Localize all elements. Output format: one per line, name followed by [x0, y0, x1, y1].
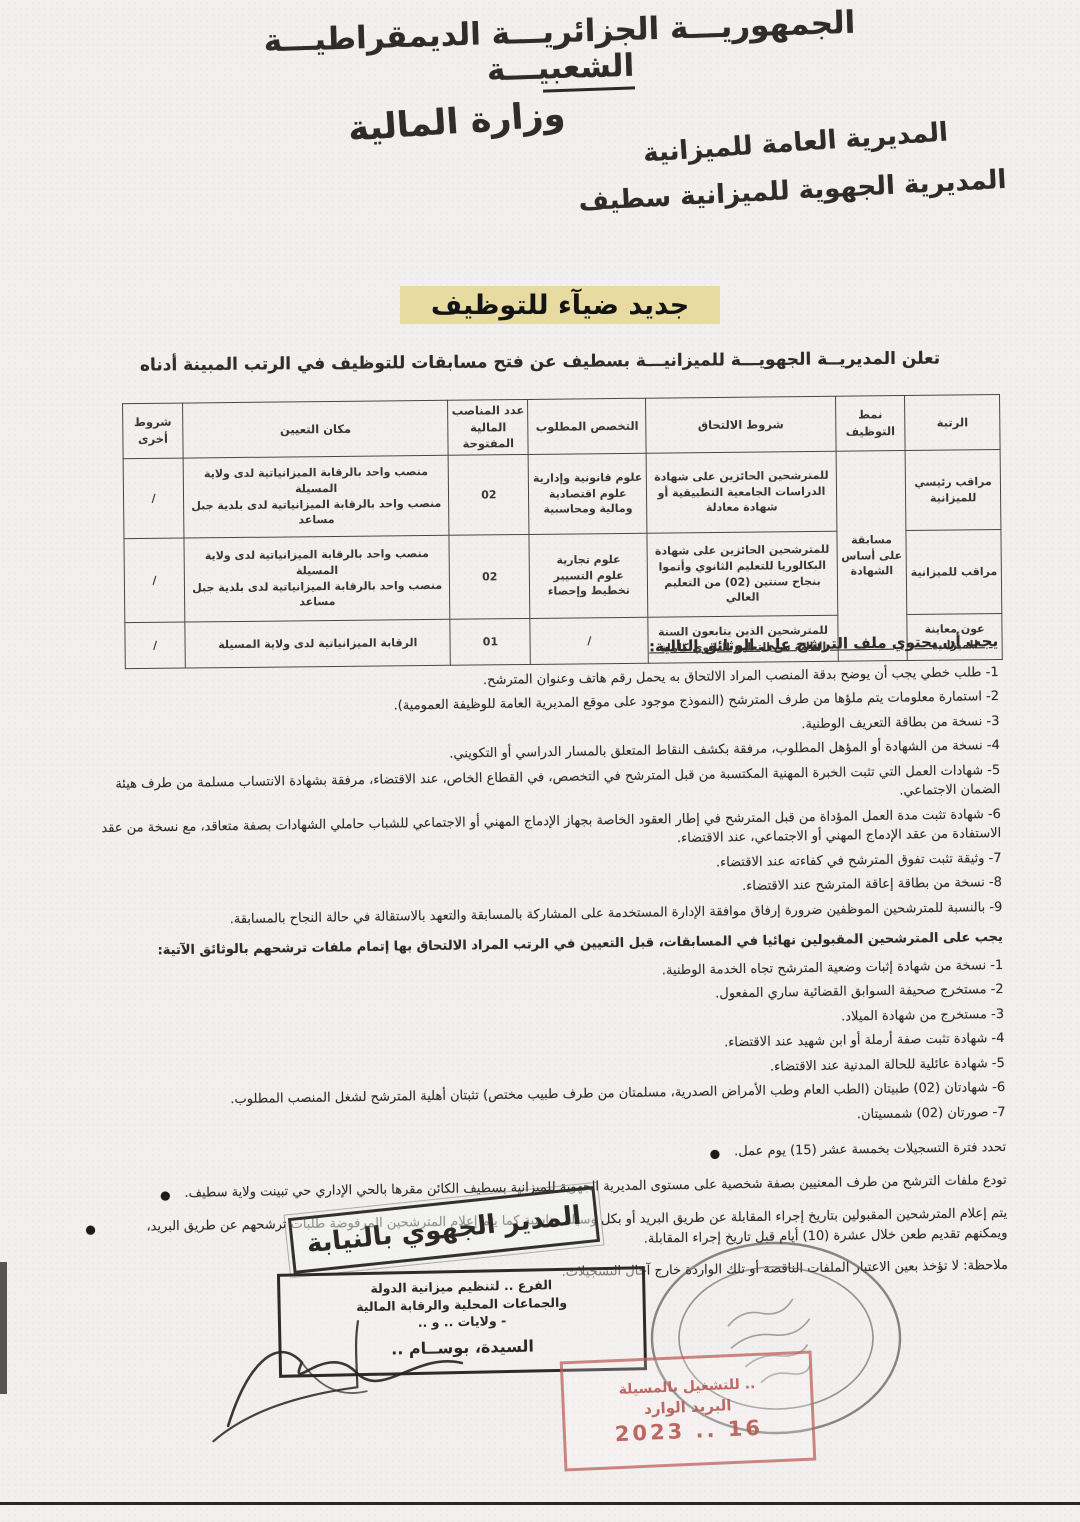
specialty-line: علوم تجارية: [533, 551, 644, 568]
scan-artifact: [0, 1262, 7, 1394]
specialty-line: علوم اقتصادية ومالية ومحاسبية: [532, 485, 643, 518]
table-header-row: الرتبة نمط التوظيف شروط الالتحاق التخصص …: [123, 395, 1001, 459]
location-line: منصب واحد بالرقابة الميزانياتية لدى بلدي…: [187, 495, 446, 530]
directorate-regional-title: المديرية الجهوية للميزانية سطيف: [575, 165, 1011, 218]
signatory-name: السيدة، بوســام ..: [289, 1333, 635, 1363]
title-underline: [543, 86, 635, 92]
republic-title: الجمهوريـــة الجزائريـــة الديمقراطيـــة…: [224, 3, 896, 96]
bullet-icon: ●: [160, 1186, 171, 1204]
vacancies-table: الرتبة نمط التوظيف شروط الالتحاق التخصص …: [122, 394, 1003, 669]
table-row: مراقب رئيسي للميزانية مسابقة على أساس ال…: [123, 450, 1001, 539]
incoming-mail-stamp-date: 16 .. 2023: [614, 1416, 763, 1446]
cell-other: /: [124, 538, 185, 623]
watermark-banner: جديد ضيآء للتوظيف: [400, 286, 720, 324]
bullet-icon: ●: [710, 1144, 721, 1162]
note-row: تحدد فترة التسجيلات بخمسة عشر (15) يوم ع…: [84, 1138, 1006, 1172]
svg-text:الجمهورية الجزائرية الديمقراطي: الجمهورية الجزائرية الديمقراطية الشعبية …: [642, 1234, 649, 1238]
col-header-location: مكان التعيين: [183, 400, 449, 458]
col-header-conditions: شروط الالتحاق: [646, 396, 836, 453]
cell-rank: مراقب للميزانية: [906, 530, 1002, 615]
document-page: الجمهوريـــة الجزائريـــة الديمقراطيـــة…: [0, 0, 1080, 1522]
bottom-rule: [0, 1502, 1080, 1505]
cell-location: منصب واحد بالرقابة الميزانياتية لدى ولاي…: [184, 535, 450, 622]
note-text: تحدد فترة التسجيلات بخمسة عشر (15) يوم ع…: [734, 1138, 1006, 1162]
ministry-title: وزارة المالية: [347, 94, 567, 149]
cell-conditions: للمترشحين الحائزين على شهادة البكالوريا …: [647, 531, 837, 617]
cell-positions: 02: [448, 454, 529, 535]
specialty-line: تخطيط وإحصاء: [533, 583, 644, 600]
col-header-specialty: التخصص المطلوب: [528, 398, 646, 454]
incoming-mail-stamp-office: .. للتشغيل بالمسيلة: [618, 1376, 755, 1398]
cell-location: منصب واحد بالرقابة الميزانياتية لدى ولاي…: [183, 455, 449, 538]
incoming-mail-stamp-label: البريد الوارد: [644, 1396, 732, 1418]
specialty-line: علوم التسيير: [533, 567, 644, 584]
cell-recruitment-mode: مسابقة على أساس الشهادة: [836, 451, 908, 662]
location-line: منصب واحد بالرقابة الميزانياتية لدى ولاي…: [187, 463, 446, 498]
col-header-rank: الرتبة: [905, 395, 1000, 451]
directorate-general-title: المديرية العامة للميزانية: [602, 115, 988, 172]
cell-positions: 02: [449, 534, 530, 619]
cell-specialty: علوم قانونية وإدارية علوم اقتصادية ومالي…: [528, 453, 647, 534]
col-header-mode: نمط التوظيف: [835, 395, 905, 451]
col-header-positions: عدد المناصب المالية المفتوحة: [448, 399, 529, 455]
bullet-icon: ●: [85, 1220, 96, 1238]
location-line: منصب واحد بالرقابة الميزانياتية لدى ولاي…: [188, 545, 447, 580]
cell-other: /: [123, 458, 184, 539]
round-stamp-ring-text: الجمهورية الجزائرية الديمقراطية الشعبية …: [642, 1234, 649, 1238]
incoming-mail-stamp: .. للتشغيل بالمسيلة البريد الوارد 16 .. …: [560, 1351, 817, 1472]
location-line: منصب واحد بالرقابة الميزانياتية لدى بلدي…: [188, 577, 447, 612]
vacancies-table-wrapper: الرتبة نمط التوظيف شروط الالتحاق التخصص …: [122, 394, 1003, 669]
specialty-line: علوم قانونية وإدارية: [532, 469, 643, 486]
cell-rank: مراقب رئيسي للميزانية: [905, 450, 1001, 531]
cell-specialty: علوم تجارية علوم التسيير تخطيط وإحصاء: [529, 533, 648, 618]
cell-conditions: للمترشحين الحائزين على شهادة الدراسات ال…: [646, 451, 836, 533]
announcement-line: تعلن المديريــة الجهويـــة للميزانيـــة …: [90, 348, 990, 376]
col-header-other: شروط أخرى: [123, 403, 184, 459]
